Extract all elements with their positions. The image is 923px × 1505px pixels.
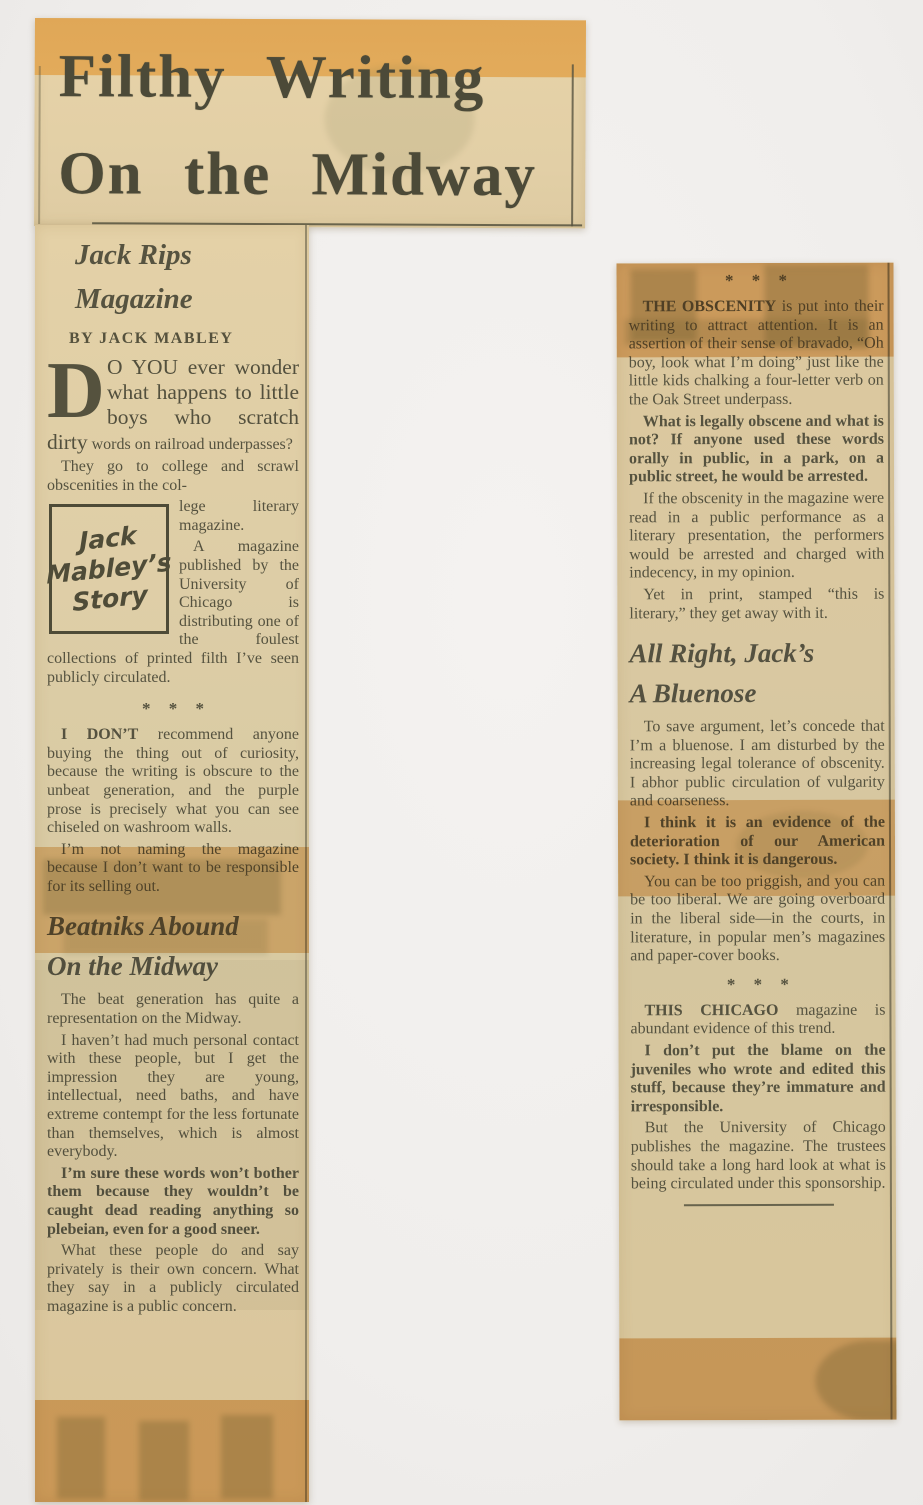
right-clipping: * * * THE OBSCENITY is put into their wr… [616, 263, 896, 1421]
boxed-text-section: Jack Mabley’s Story lege literary magazi… [47, 498, 299, 690]
paragraph: I haven’t had much personal contact with… [47, 1032, 299, 1162]
column-rule [887, 263, 892, 1420]
paragraph: If the obscenity in the magazine were re… [629, 490, 884, 584]
end-of-article-rule [683, 1204, 833, 1206]
section-divider-asterisks: * * * [47, 699, 299, 719]
paragraph: To save argument, let’s concede that I’m… [630, 718, 885, 812]
subheading-line-1: Beatniks Abound [47, 906, 299, 946]
tape-stain-band [35, 1400, 309, 1502]
column-rule [305, 225, 307, 1502]
story-box-label: Jack Mabley’s Story [45, 518, 173, 621]
byline: BY JACK MABLEY [69, 330, 299, 348]
right-column-text: * * * THE OBSCENITY is put into their wr… [629, 271, 886, 1206]
bold-paragraph: I’m sure these words won’t bother them b… [47, 1165, 299, 1239]
ink-bleed-ghost [57, 1417, 105, 1499]
subheading-bluenose: All Right, Jack’s A Bluenose [629, 633, 884, 714]
scanned-newspaper-clippings: Filthy Writing On the Midway Jack Rips M… [0, 0, 923, 1505]
paragraph: They go to college and scrawl obscenitie… [47, 458, 299, 495]
headline-block: Filthy Writing On the Midway [34, 18, 586, 228]
bold-lead-in: THIS CHICAGO [644, 1002, 778, 1019]
bold-paragraph: I think it is an evidence of the deterio… [630, 814, 885, 870]
paragraph: Yet in print, stamped “this is literary,… [629, 586, 884, 624]
opening-small-text: words on railroad underpasses? [92, 436, 293, 453]
headline-line-1: Filthy Writing [59, 28, 586, 127]
paragraph: I DON’T recommend anyone buying the thin… [47, 726, 299, 838]
paragraph: THIS CHICAGO magazine is abundant eviden… [630, 1001, 885, 1039]
bold-lead-in: I DON’T [61, 726, 138, 743]
left-text-column: Jack Rips Magazine BY JACK MABLEY D O YO… [35, 225, 309, 1502]
bold-paragraph: I don’t put the blame on the juveniles w… [631, 1042, 886, 1117]
kicker-line-2: Magazine [75, 277, 299, 321]
ink-bleed-ghost [815, 1341, 896, 1421]
bold-lead-in: THE OBSCENITY [643, 298, 777, 315]
paragraph: But the University of Chicago publishes … [631, 1119, 886, 1194]
left-column-text: Jack Rips Magazine BY JACK MABLEY D O YO… [47, 233, 299, 1317]
ink-bleed-ghost [221, 1415, 273, 1499]
bold-paragraph: What is legally obscene and what is not?… [629, 412, 884, 487]
paragraph: You can be too priggish, and you can be … [630, 873, 885, 967]
subheading-line-2: On the Midway [47, 946, 299, 986]
tape-stain-band [619, 1338, 896, 1421]
subheading-line-1: All Right, Jack’s [629, 633, 884, 674]
ink-bleed-ghost [139, 1421, 189, 1501]
subheading-line-2: A Bluenose [630, 673, 885, 714]
paragraph: I’m not naming the magazine because I do… [47, 841, 299, 897]
paragraph: What these people do and say privately i… [47, 1242, 299, 1316]
jack-mableys-story-box: Jack Mabley’s Story [49, 504, 169, 634]
paragraph: The beat generation has quite a represen… [47, 991, 299, 1028]
paragraph: THE OBSCENITY is put into their writing … [629, 298, 884, 410]
left-clipping: Filthy Writing On the Midway Jack Rips M… [35, 18, 586, 1502]
main-headline: Filthy Writing On the Midway [34, 18, 586, 224]
kicker-line-1: Jack Rips [75, 233, 299, 277]
subheading-beatniks: Beatniks Abound On the Midway [47, 906, 299, 986]
drop-cap: D [47, 359, 105, 423]
opening-paragraph: D O YOU ever wonder what happens to litt… [47, 355, 299, 455]
kicker-headline: Jack Rips Magazine [47, 233, 299, 321]
section-divider-asterisks: * * * [629, 271, 884, 292]
section-divider-asterisks: * * * [630, 974, 885, 995]
headline-line-2: On the Midway [58, 125, 585, 224]
